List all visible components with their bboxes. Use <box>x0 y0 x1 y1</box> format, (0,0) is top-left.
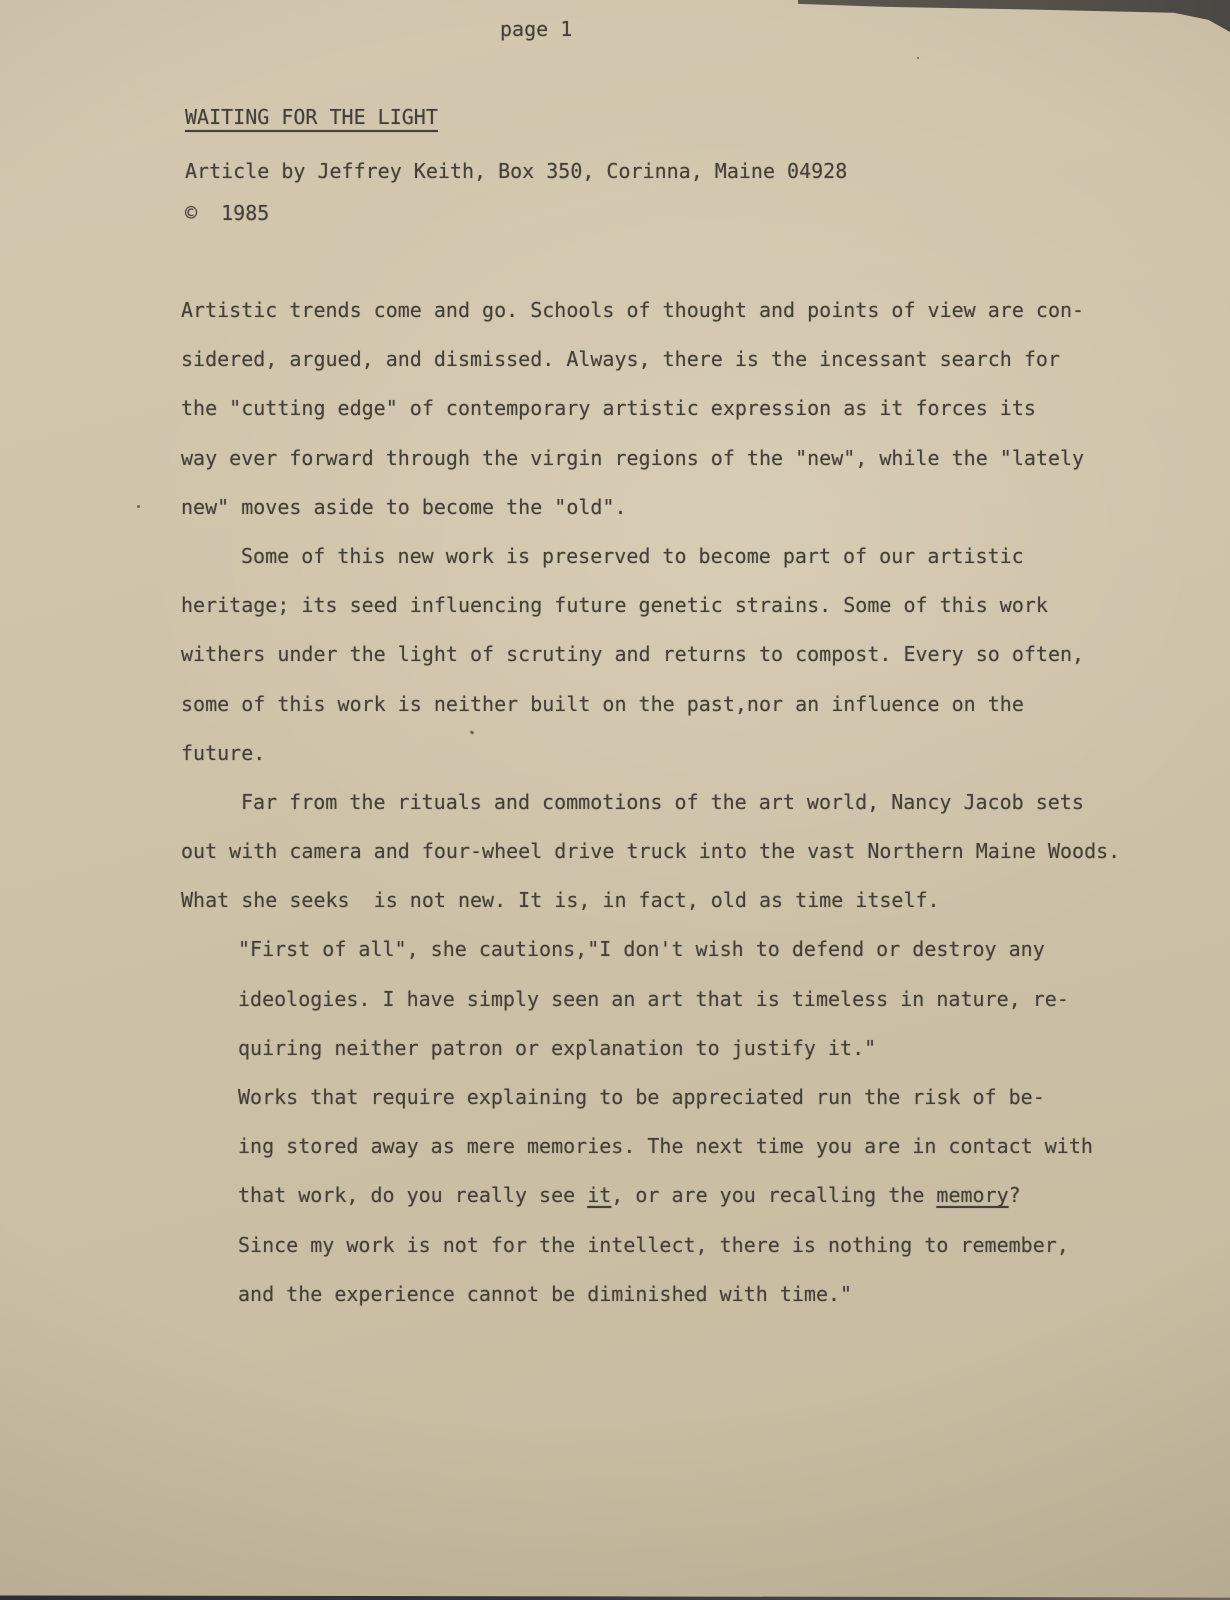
underlined-word: memory <box>936 1183 1008 1207</box>
text-line: "First of all", she cautions,"I don't wi… <box>238 925 1181 974</box>
text-segment: , or are you recalling the <box>611 1183 936 1207</box>
text-segment: new" moves aside to become the "old". <box>181 495 627 519</box>
text-segment: Some of this new work is preserved to be… <box>241 544 1024 568</box>
text-line: ing stored away as mere memories. The ne… <box>238 1122 1181 1171</box>
text-segment: sidered, argued, and dismissed. Always, … <box>181 347 1060 371</box>
paragraph: Works that require explaining to be appr… <box>238 1073 1181 1319</box>
text-segment: way ever forward through the virgin regi… <box>181 446 1084 470</box>
text-segment: Works that require explaining to be appr… <box>238 1085 1045 1109</box>
text-segment: "First of all", she cautions,"I don't wi… <box>238 937 1045 961</box>
text-line: Some of this new work is preserved to be… <box>181 532 1181 581</box>
scanned-page: page 1 WAITING FOR THE LIGHT Article by … <box>0 0 1230 1600</box>
text-line: What she seeks is not new. It is, in fac… <box>181 876 1181 925</box>
text-segment: ing stored away as mere memories. The ne… <box>238 1134 1093 1158</box>
paragraph: "First of all", she cautions,"I don't wi… <box>238 925 1181 1073</box>
text-line: ideologies. I have simply seen an art th… <box>238 975 1181 1024</box>
article-title: WAITING FOR THE LIGHT <box>185 105 438 129</box>
text-line: Works that require explaining to be appr… <box>238 1073 1181 1122</box>
text-line: sidered, argued, and dismissed. Always, … <box>181 335 1181 384</box>
text-line: out with camera and four-wheel drive tru… <box>181 827 1181 876</box>
text-segment: and the experience cannot be diminished … <box>238 1282 852 1306</box>
text-line: quiring neither patron or explanation to… <box>238 1024 1181 1073</box>
scan-edge-top-right <box>798 0 1230 32</box>
copyright-line: © 1985 <box>185 201 269 225</box>
underlined-word: it <box>587 1183 611 1207</box>
text-line: some of this work is neither built on th… <box>181 680 1181 729</box>
text-segment: Far from the rituals and commotions of t… <box>241 790 1084 814</box>
paper-speck <box>917 57 919 59</box>
text-segment: future. <box>181 741 265 765</box>
text-segment: Artistic trends come and go. Schools of … <box>181 298 1084 322</box>
text-line: future. <box>181 729 1181 778</box>
text-line: and the experience cannot be diminished … <box>238 1270 1181 1319</box>
text-line: heritage; its seed influencing future ge… <box>181 581 1181 630</box>
body-text: Artistic trends come and go. Schools of … <box>181 286 1181 1319</box>
paper-speck <box>137 505 140 508</box>
text-line: Since my work is not for the intellect, … <box>238 1221 1181 1270</box>
text-segment: Since my work is not for the intellect, … <box>238 1233 1069 1257</box>
text-segment: the "cutting edge" of contemporary artis… <box>181 396 1036 420</box>
text-segment: quiring neither patron or explanation to… <box>238 1036 876 1060</box>
text-segment: ideologies. I have simply seen an art th… <box>238 987 1069 1011</box>
text-segment: ? <box>1009 1183 1021 1207</box>
text-segment: heritage; its seed influencing future ge… <box>181 593 1048 617</box>
text-line: new" moves aside to become the "old". <box>181 483 1181 532</box>
text-segment: that work, do you really see <box>238 1183 587 1207</box>
scan-edge-bottom <box>0 1594 1230 1600</box>
text-line: that work, do you really see it, or are … <box>238 1171 1181 1220</box>
text-segment: out with camera and four-wheel drive tru… <box>181 839 1120 863</box>
paragraph: Artistic trends come and go. Schools of … <box>181 286 1181 532</box>
text-segment: some of this work is neither built on th… <box>181 692 1024 716</box>
text-segment: withers under the light of scrutiny and … <box>181 642 1084 666</box>
article-byline: Article by Jeffrey Keith, Box 350, Corin… <box>185 159 847 183</box>
text-line: withers under the light of scrutiny and … <box>181 630 1181 679</box>
text-line: Artistic trends come and go. Schools of … <box>181 286 1181 335</box>
text-line: way ever forward through the virgin regi… <box>181 434 1181 483</box>
paragraph: Some of this new work is preserved to be… <box>181 532 1181 778</box>
paragraph: Far from the rituals and commotions of t… <box>181 778 1181 926</box>
text-line: Far from the rituals and commotions of t… <box>181 778 1181 827</box>
text-line: the "cutting edge" of contemporary artis… <box>181 384 1181 433</box>
page-number: page 1 <box>500 17 572 41</box>
text-segment: What she seeks is not new. It is, in fac… <box>181 888 940 912</box>
